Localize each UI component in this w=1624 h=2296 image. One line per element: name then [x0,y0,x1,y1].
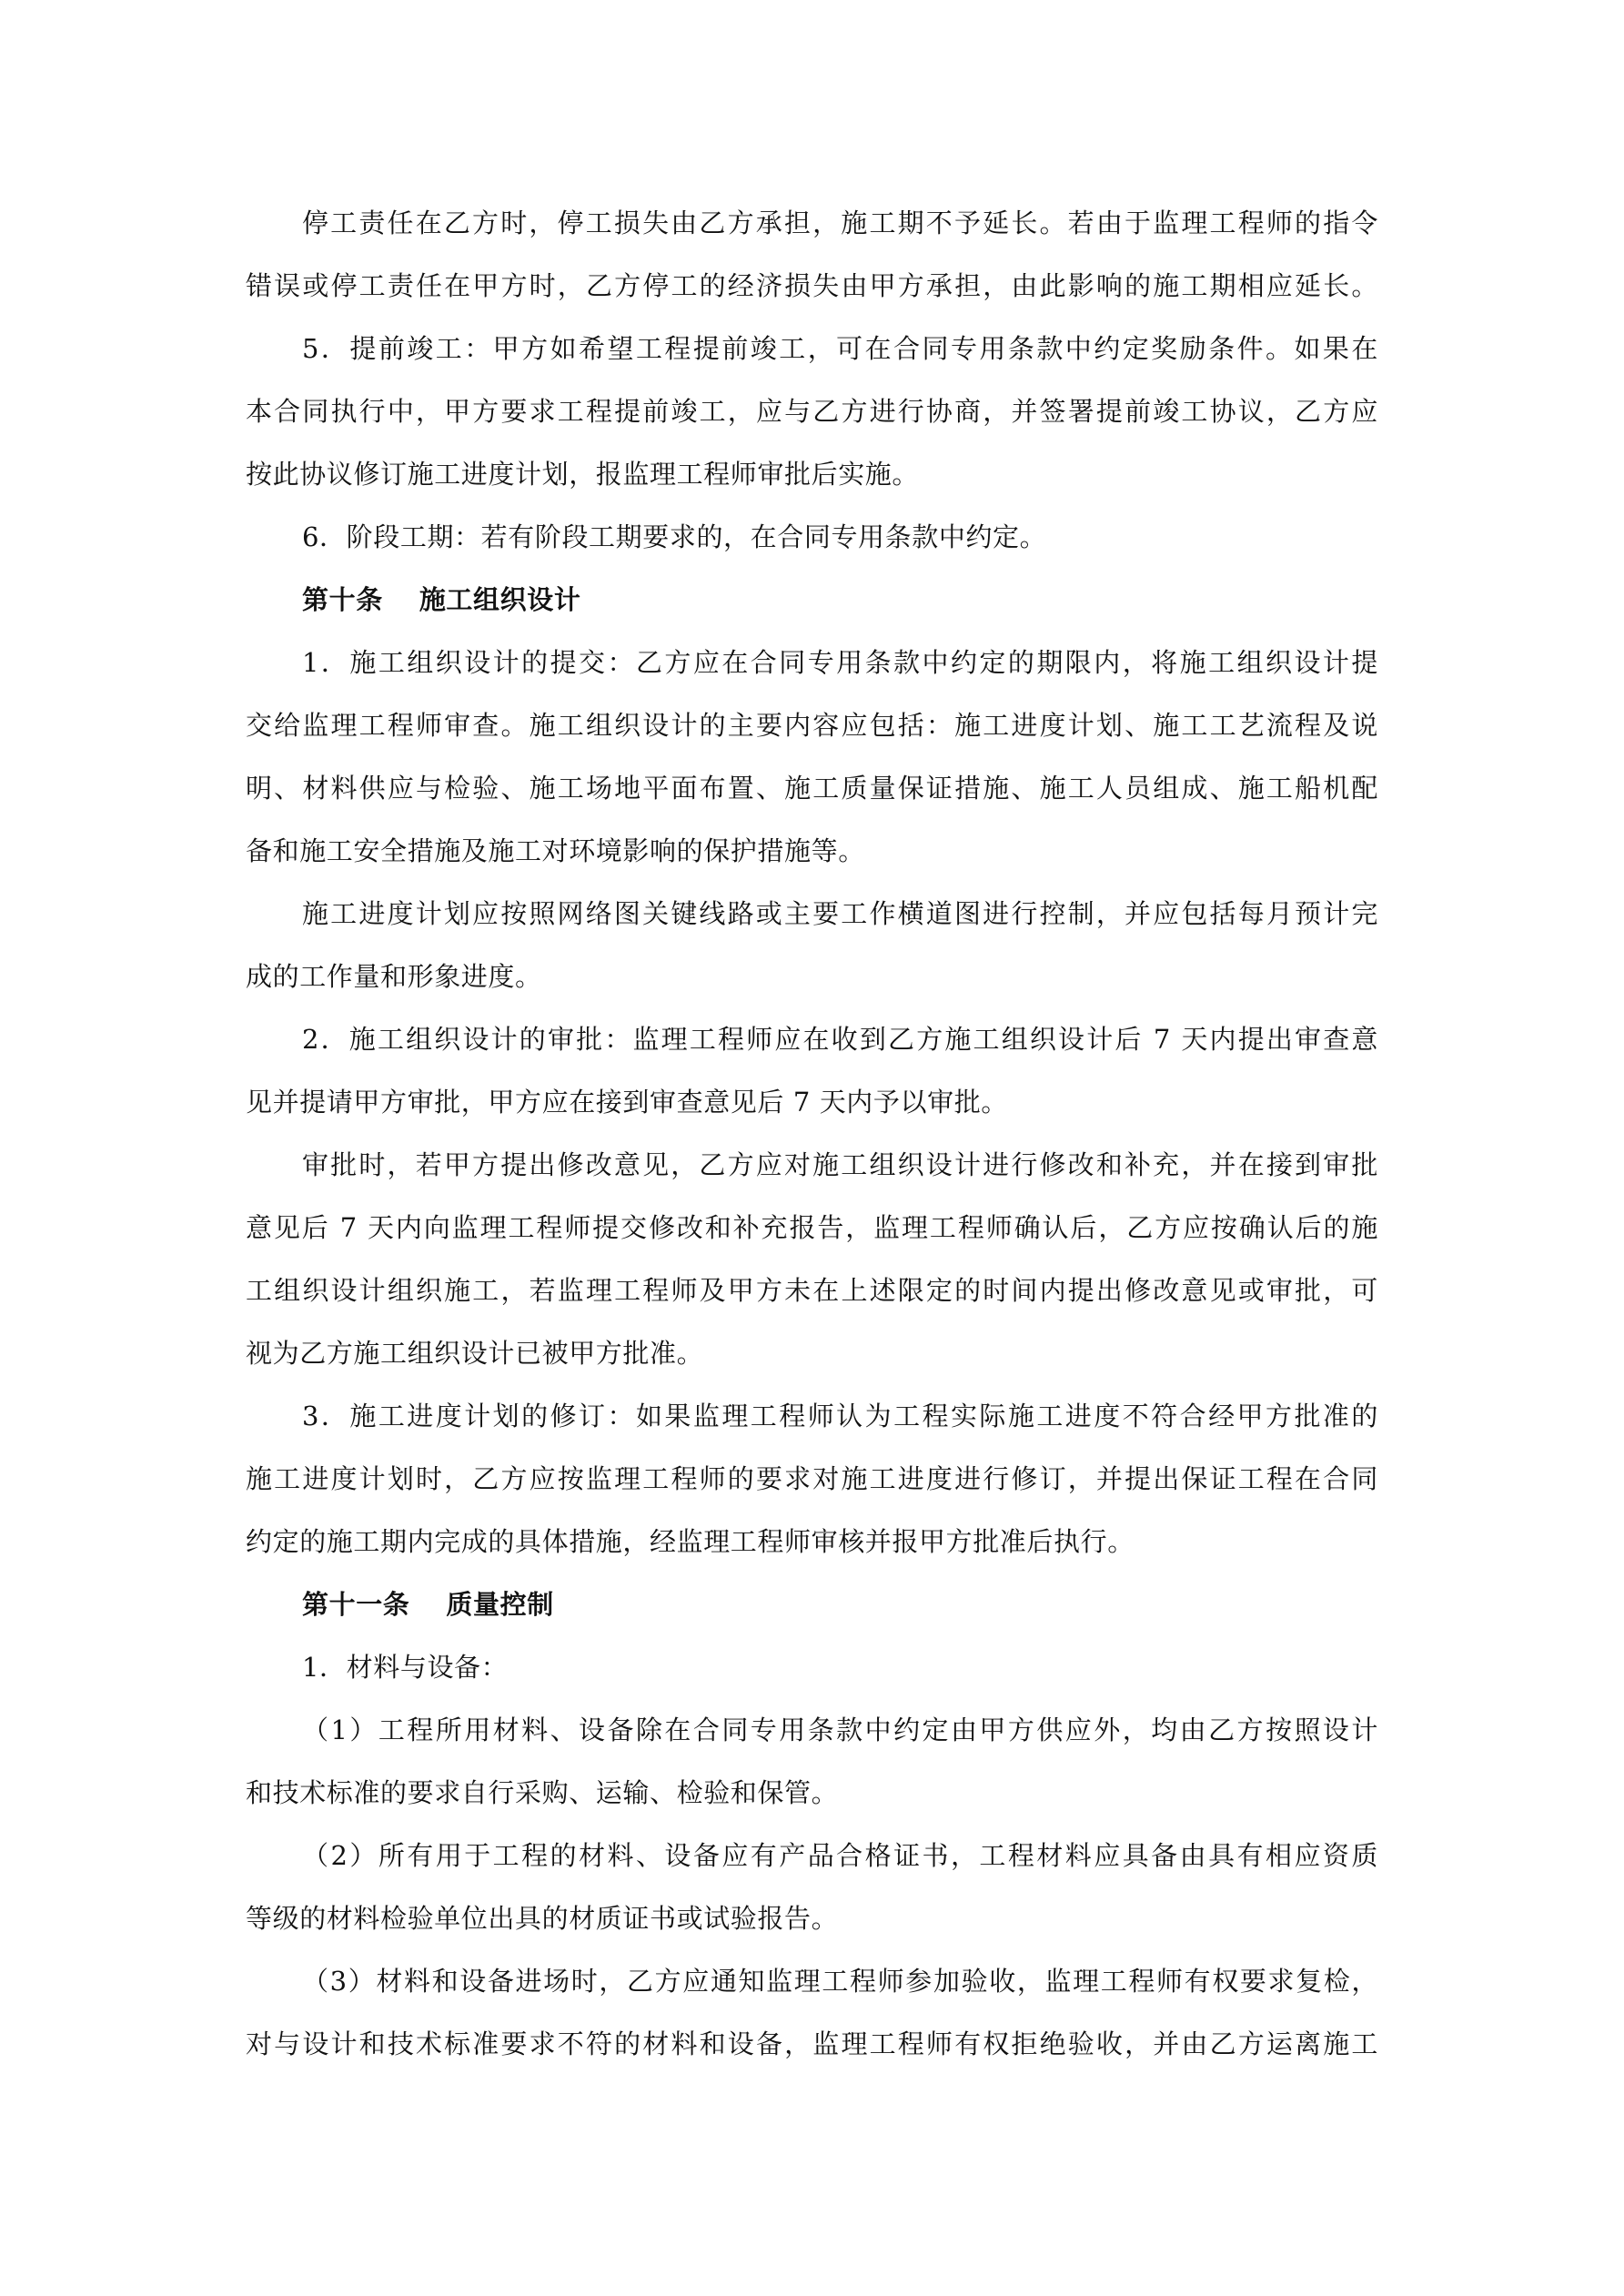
article-number: 第十一条 [302,1589,409,1620]
paragraph-line: 2．施工组织设计的审批：监理工程师应在收到乙方施工组织设计后 7 天内提出审查意 [246,1018,1378,1081]
paragraph-line: 视为乙方施工组织设计已被甲方批准。 [246,1332,1378,1395]
paragraph-line: 见并提请甲方审批，甲方应在接到审查意见后 7 天内予以审批。 [246,1081,1378,1144]
paragraph-line: 对与设计和技术标准要求不符的材料和设备，监理工程师有权拒绝验收，并由乙方运离施工 [246,2023,1378,2086]
paragraph-line: 3．施工进度计划的修订：如果监理工程师认为工程实际施工进度不符合经甲方批准的 [246,1395,1378,1458]
article-number: 第十条 [302,584,383,615]
paragraph-line: （1）工程所用材料、设备除在合同专用条款中约定由甲方供应外，均由乙方按照设计 [246,1709,1378,1772]
document-body: 停工责任在乙方时，停工损失由乙方承担，施工期不予延长。若由于监理工程师的指令 错… [246,202,1378,2086]
article-title: 施工组织设计 [419,584,581,615]
paragraph-line: 停工责任在乙方时，停工损失由乙方承担，施工期不予延长。若由于监理工程师的指令 [246,202,1378,265]
paragraph-line: 备和施工安全措施及施工对环境影响的保护措施等。 [246,830,1378,893]
paragraph-line: 施工进度计划时，乙方应按监理工程师的要求对施工进度进行修订，并提出保证工程在合同 [246,1458,1378,1521]
paragraph-line: 交给监理工程师审查。施工组织设计的主要内容应包括：施工进度计划、施工工艺流程及说 [246,704,1378,767]
paragraph-line: 6．阶段工期：若有阶段工期要求的，在合同专用条款中约定。 [246,516,1378,579]
paragraph-line: 错误或停工责任在甲方时，乙方停工的经济损失由甲方承担，由此影响的施工期相应延长。 [246,265,1378,328]
paragraph-line: 和技术标准的要求自行采购、运输、检验和保管。 [246,1772,1378,1835]
paragraph-line: 1．施工组织设计的提交：乙方应在合同专用条款中约定的期限内，将施工组织设计提 [246,642,1378,704]
paragraph-line: 5．提前竣工：甲方如希望工程提前竣工，可在合同专用条款中约定奖励条件。如果在 [246,328,1378,390]
paragraph-line: 按此协议修订施工进度计划，报监理工程师审批后实施。 [246,453,1378,516]
paragraph-line: 施工进度计划应按照网络图关键线路或主要工作横道图进行控制，并应包括每月预计完 [246,893,1378,956]
paragraph-line: 约定的施工期内完成的具体措施，经监理工程师审核并报甲方批准后执行。 [246,1521,1378,1583]
paragraph-line: 审批时，若甲方提出修改意见，乙方应对施工组织设计进行修改和补充，并在接到审批 [246,1144,1378,1207]
article-heading-10: 第十条施工组织设计 [246,579,1378,642]
paragraph-line: 成的工作量和形象进度。 [246,956,1378,1018]
article-title: 质量控制 [446,1589,553,1620]
paragraph-line: 意见后 7 天内向监理工程师提交修改和补充报告，监理工程师确认后，乙方应按确认后… [246,1207,1378,1269]
paragraph-line: 等级的材料检验单位出具的材质证书或试验报告。 [246,1897,1378,1960]
paragraph-line: 工组织设计组织施工，若监理工程师及甲方未在上述限定的时间内提出修改意见或审批，可 [246,1269,1378,1332]
document-page: 停工责任在乙方时，停工损失由乙方承担，施工期不予延长。若由于监理工程师的指令 错… [0,0,1624,2296]
article-heading-11: 第十一条质量控制 [246,1583,1378,1646]
paragraph-line: 1．材料与设备： [246,1646,1378,1709]
paragraph-line: 明、材料供应与检验、施工场地平面布置、施工质量保证措施、施工人员组成、施工船机配 [246,767,1378,830]
paragraph-line: （2）所有用于工程的材料、设备应有产品合格证书，工程材料应具备由具有相应资质 [246,1835,1378,1897]
paragraph-line: （3）材料和设备进场时，乙方应通知监理工程师参加验收，监理工程师有权要求复检， [246,1960,1378,2023]
paragraph-line: 本合同执行中，甲方要求工程提前竣工，应与乙方进行协商，并签署提前竣工协议，乙方应 [246,390,1378,453]
